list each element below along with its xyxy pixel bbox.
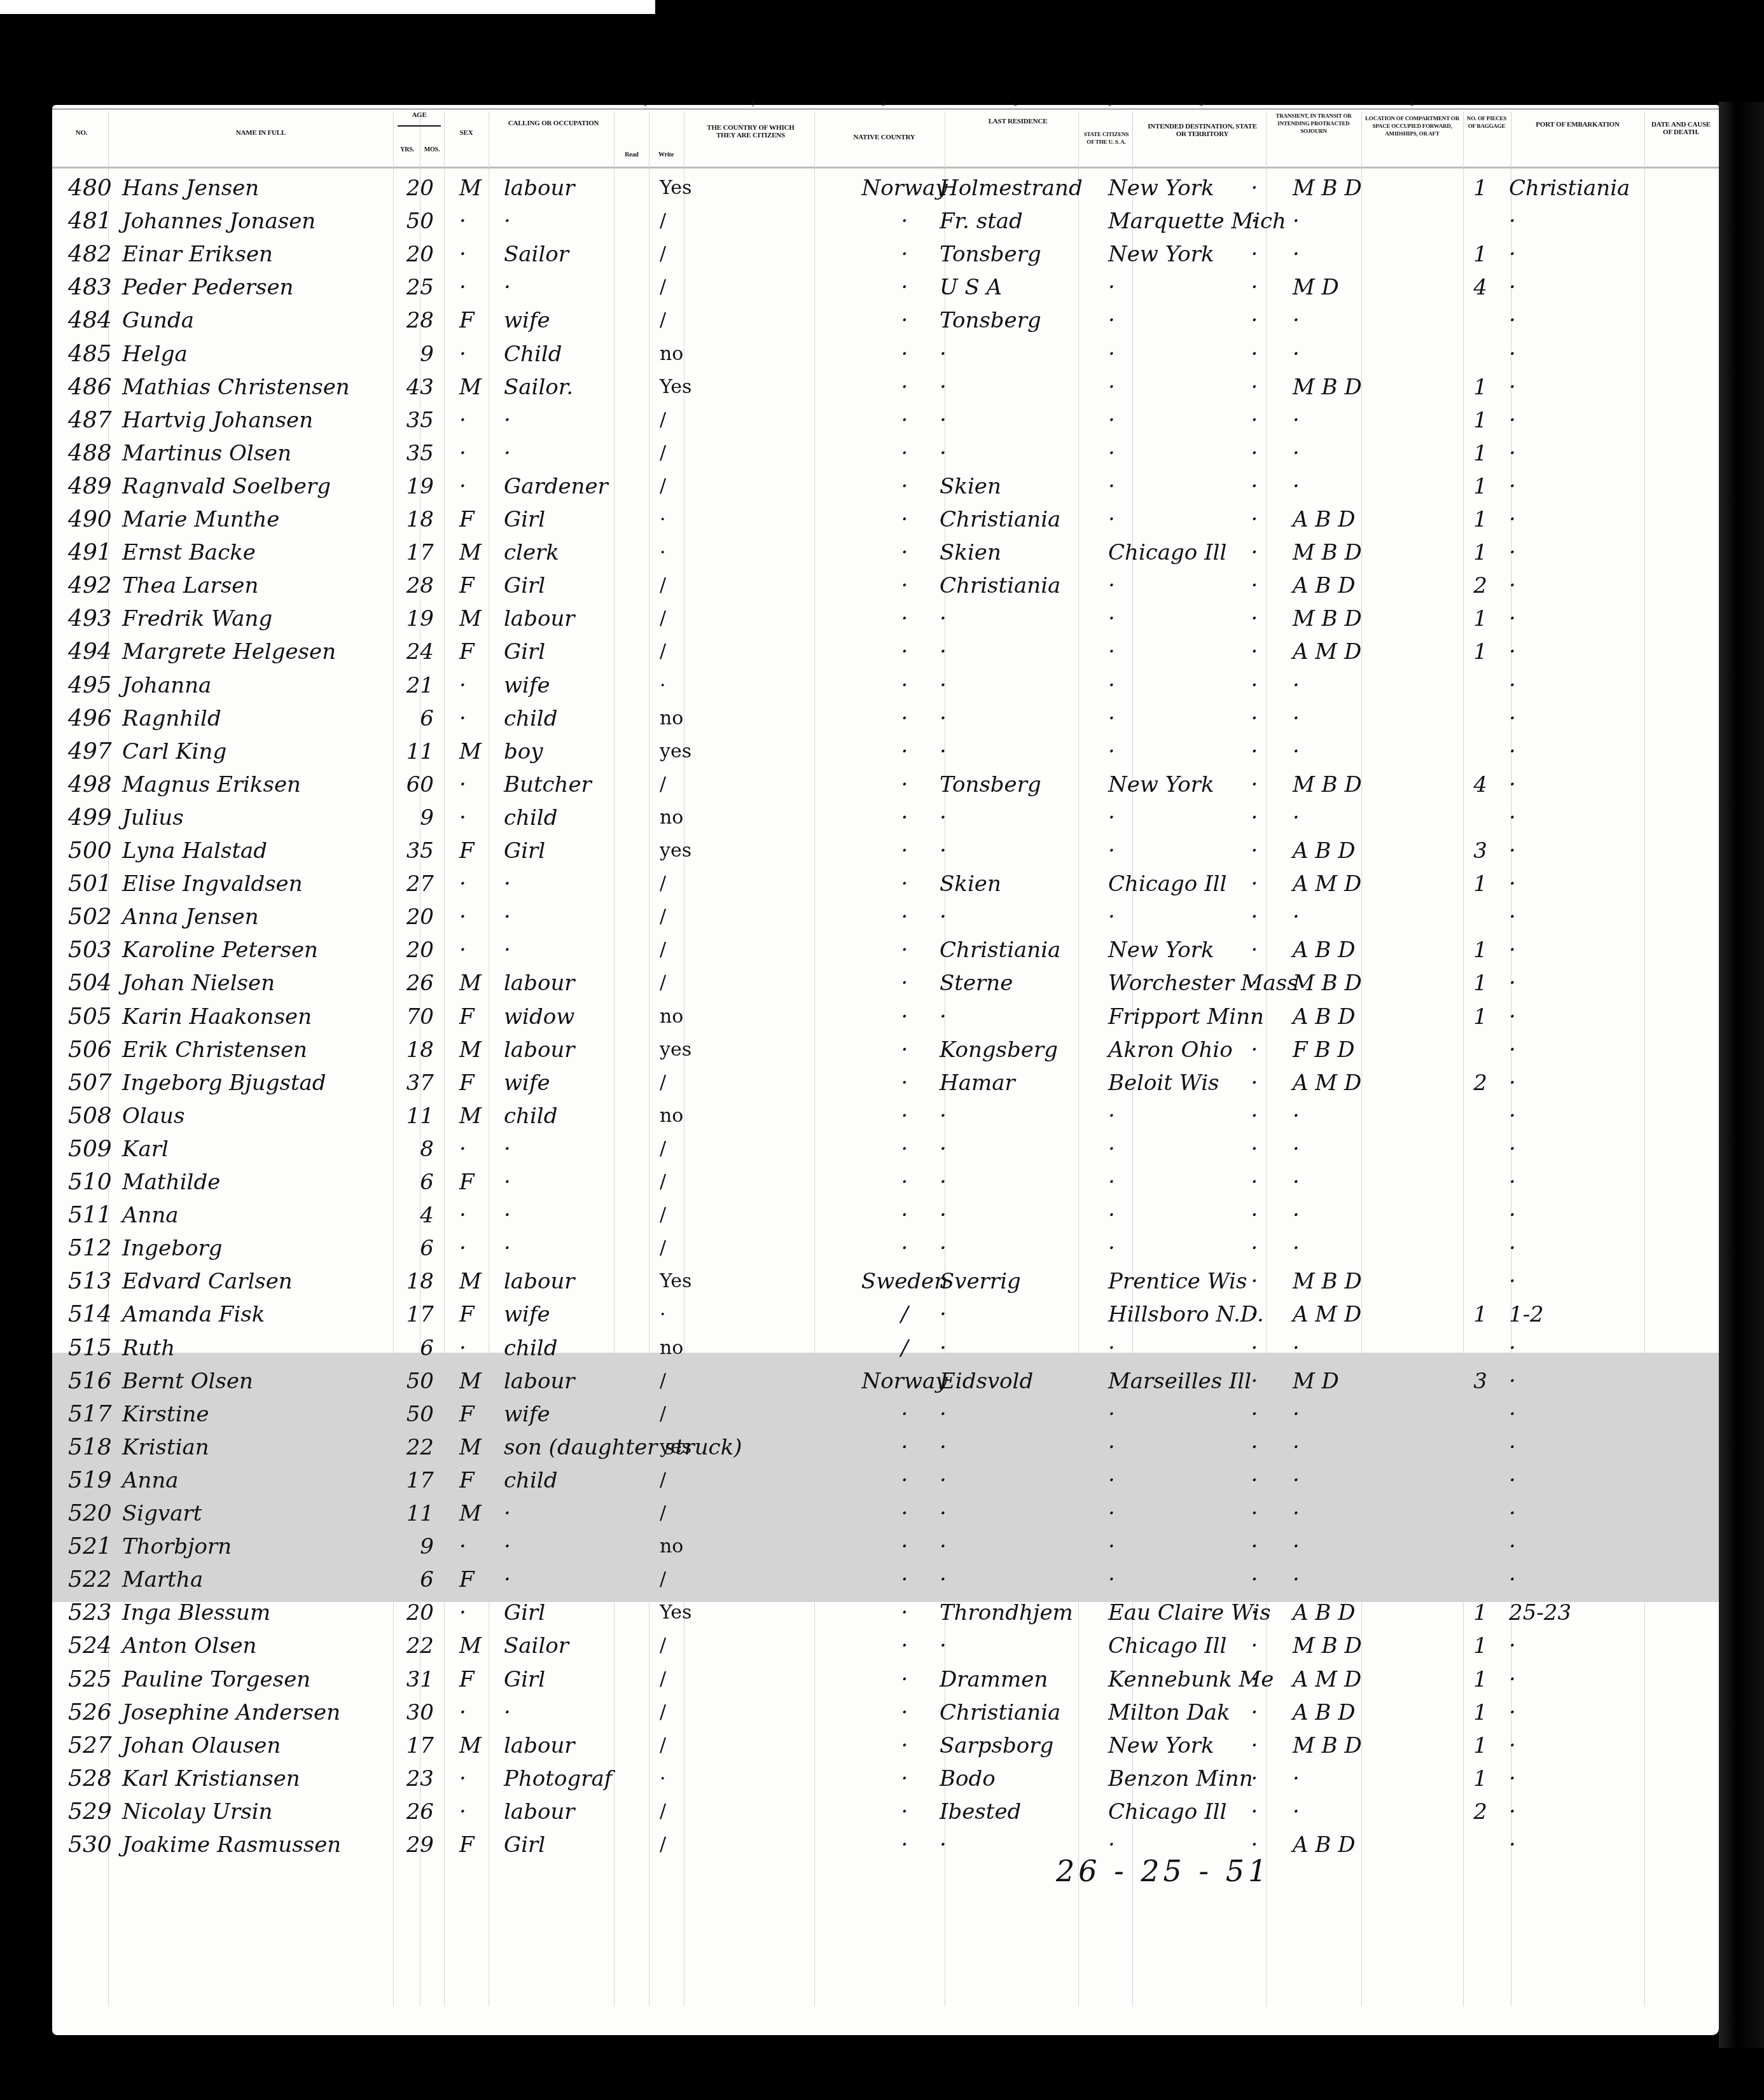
table-row: 512Ingeborg6··/······ [52, 1232, 1719, 1265]
compartment-location: M B D [1293, 605, 1362, 633]
passenger-sex: F [459, 1400, 475, 1428]
transit-mark: · [1245, 1102, 1264, 1130]
port-of-embarkation: · [1509, 705, 1516, 733]
passenger-age: 18 [389, 1268, 434, 1295]
passenger-sex: M [459, 1102, 482, 1130]
passenger-name: Thea Larsen [122, 572, 258, 600]
read-write-mark: / [660, 1666, 666, 1694]
read-write-mark: / [660, 473, 666, 501]
passenger-number: 492 [68, 572, 112, 600]
passenger-name: Anna [122, 1467, 179, 1495]
port-of-embarkation: · [1509, 837, 1516, 865]
passenger-age: 20 [389, 1599, 434, 1627]
native-country: · [860, 539, 949, 567]
port-of-embarkation: · [1509, 207, 1516, 235]
compartment-location: · [1293, 1798, 1300, 1826]
passenger-occupation: widow [504, 1003, 574, 1031]
port-of-embarkation: · [1509, 804, 1516, 832]
passenger-sex: F [459, 1467, 475, 1495]
compartment-location: A B D [1293, 1003, 1355, 1031]
passenger-number: 484 [68, 307, 112, 335]
passenger-occupation: labour [504, 605, 575, 633]
intended-destination: Beloit Wis [1108, 1069, 1219, 1097]
passenger-sex: · [459, 672, 466, 700]
native-country: Norway [860, 1367, 949, 1395]
transit-mark: · [1245, 1201, 1264, 1229]
passenger-sex: F [459, 638, 475, 666]
native-country: · [860, 572, 949, 600]
passenger-occupation: Sailor [504, 240, 569, 268]
passenger-name: Marie Munthe [122, 506, 279, 534]
passenger-occupation: labour [504, 1732, 575, 1760]
passenger-age: 22 [389, 1433, 434, 1461]
read-write-mark: / [660, 1234, 666, 1262]
last-residence: Christiania [940, 1699, 1060, 1727]
passenger-name: Anna Jensen [122, 903, 259, 931]
intended-destination: · [1108, 1566, 1115, 1594]
transit-mark: · [1245, 473, 1264, 501]
passenger-sex: M [459, 1632, 482, 1660]
last-residence: · [940, 705, 947, 733]
passenger-age: 11 [389, 1500, 434, 1528]
passenger-number: 489 [68, 473, 112, 501]
passenger-sex: · [459, 1765, 466, 1793]
last-residence: · [940, 439, 947, 467]
table-row: 498Magnus Eriksen60·Butcher/·TonsbergNew… [52, 768, 1719, 801]
intended-destination: · [1108, 837, 1115, 865]
passenger-sex: M [459, 1268, 482, 1295]
passenger-age: 23 [389, 1765, 434, 1793]
passenger-sex: F [459, 307, 475, 335]
passenger-age: 50 [389, 1367, 434, 1395]
passenger-name: Joakime Rasmussen [122, 1831, 341, 1859]
baggage-pieces: 1 [1471, 1632, 1490, 1660]
passenger-occupation: Girl [504, 1666, 545, 1694]
intended-destination: · [1108, 672, 1115, 700]
last-residence: Tonsberg [940, 240, 1041, 268]
passenger-age: 28 [389, 572, 434, 600]
passenger-occupation: · [504, 406, 511, 434]
passenger-sex: · [459, 1135, 466, 1163]
port-of-embarkation: · [1509, 903, 1516, 931]
port-of-embarkation: · [1509, 1732, 1516, 1760]
passenger-age: 8 [389, 1135, 434, 1163]
transit-mark: · [1245, 1069, 1264, 1097]
compartment-location: · [1293, 1765, 1300, 1793]
baggage-pieces: 1 [1471, 870, 1490, 898]
passenger-name: Kirstine [122, 1400, 209, 1428]
passenger-occupation: Photograf [504, 1765, 612, 1793]
passenger-number: 482 [68, 240, 112, 268]
passenger-occupation: Girl [504, 837, 545, 865]
passenger-sex: F [459, 1069, 475, 1097]
passenger-name: Julius [122, 804, 184, 832]
transit-mark: · [1245, 738, 1264, 766]
dagger-icon: † [751, 99, 755, 109]
intended-destination: · [1108, 1400, 1115, 1428]
read-write-mark: · [660, 1301, 666, 1329]
compartment-location: M D [1293, 273, 1339, 301]
native-country: · [860, 1467, 949, 1495]
read-write-mark: / [660, 638, 666, 666]
header-sex: Sex [445, 129, 487, 137]
header-age: Age [394, 111, 444, 119]
passenger-name: Fredrik Wang [122, 605, 272, 633]
native-country: · [860, 240, 949, 268]
passenger-sex: · [459, 473, 466, 501]
last-residence: Christiania [940, 506, 1060, 534]
native-country: · [860, 1566, 949, 1594]
passenger-age: 6 [389, 1566, 434, 1594]
port-of-embarkation: · [1509, 273, 1516, 301]
last-residence: Sverrig [940, 1268, 1021, 1295]
passenger-number: 530 [68, 1831, 112, 1859]
compartment-location: M B D [1293, 1632, 1362, 1660]
intended-destination: Akron Ohio [1108, 1036, 1233, 1064]
baggage-pieces: 3 [1471, 837, 1490, 865]
transit-mark: · [1245, 705, 1264, 733]
table-row: 487Hartvig Johansen35··/·····1· [52, 404, 1719, 437]
compartment-location: F B D [1293, 1036, 1354, 1064]
transit-mark: · [1245, 240, 1264, 268]
passenger-number: 528 [68, 1765, 112, 1793]
passenger-age: 18 [389, 506, 434, 534]
port-of-embarkation: · [1509, 1135, 1516, 1163]
header-native-country: Native Country [846, 134, 922, 141]
header-port: Port of Embarkation [1524, 121, 1632, 128]
read-write-mark: / [660, 439, 666, 467]
last-residence: · [940, 1334, 947, 1362]
table-row: 514Amanda Fisk17Fwife·/·Hillsboro N.D.·A… [52, 1298, 1719, 1331]
age-divider [398, 125, 441, 127]
port-of-embarkation: · [1509, 439, 1516, 467]
passenger-number: 519 [68, 1467, 112, 1495]
read-write-mark: / [660, 771, 666, 799]
passenger-number: 488 [68, 439, 112, 467]
baggage-pieces: 1 [1471, 539, 1490, 567]
passenger-age: 17 [389, 1301, 434, 1329]
passenger-sex: M [459, 1367, 482, 1395]
read-write-mark: / [660, 1831, 666, 1859]
passenger-occupation: Girl [504, 506, 545, 534]
table-row: 515Ruth6·childno/····· [52, 1332, 1719, 1365]
passenger-age: 9 [389, 804, 434, 832]
passenger-occupation: wife [504, 1301, 550, 1329]
passenger-sex: · [459, 273, 466, 301]
passenger-occupation: · [504, 1201, 511, 1229]
read-write-mark: / [660, 1500, 666, 1528]
port-of-embarkation: · [1509, 1533, 1516, 1561]
table-row: 506Erik Christensen18Mlabouryes·Kongsber… [52, 1033, 1719, 1067]
passenger-age: 29 [389, 1831, 434, 1859]
last-residence: Drammen [940, 1666, 1048, 1694]
intended-destination: · [1108, 1467, 1115, 1495]
passenger-number: 499 [68, 804, 112, 832]
intended-destination: New York [1108, 240, 1214, 268]
passenger-sex: · [459, 340, 466, 368]
last-residence: U S A [940, 273, 1002, 301]
compartment-location: A M D [1293, 1666, 1361, 1694]
transit-mark: · [1245, 1003, 1264, 1031]
port-of-embarkation: 25-23 [1509, 1599, 1571, 1627]
native-country: · [860, 1201, 949, 1229]
transit-mark: · [1245, 638, 1264, 666]
native-country: · [860, 771, 949, 799]
compartment-location: M B D [1293, 771, 1362, 799]
intended-destination: · [1108, 473, 1115, 501]
last-residence: · [940, 1467, 947, 1495]
intended-destination: · [1108, 1102, 1115, 1130]
passenger-name: Lyna Halstad [122, 837, 267, 865]
intended-destination: Fripport Minn [1108, 1003, 1264, 1031]
passenger-name: Johan Nielsen [122, 969, 275, 997]
passenger-occupation: · [504, 1500, 511, 1528]
table-row: 495Johanna21·wife······· [52, 669, 1719, 702]
native-country: · [860, 672, 949, 700]
passenger-age: 35 [389, 837, 434, 865]
passenger-number: 518 [68, 1433, 112, 1461]
baggage-pieces: 1 [1471, 1765, 1490, 1793]
table-row: 493Fredrik Wang19Mlabour/····M B D1· [52, 602, 1719, 635]
table-row: 502Anna Jensen20··/······ [52, 901, 1719, 934]
passenger-name: Elise Ingvaldsen [122, 870, 303, 898]
last-residence: · [940, 1566, 947, 1594]
last-residence: · [940, 804, 947, 832]
compartment-location: · [1293, 207, 1300, 235]
read-write-mark: / [660, 1069, 666, 1097]
passenger-sex: · [459, 804, 466, 832]
passenger-occupation: · [504, 439, 511, 467]
port-of-embarkation: · [1509, 1666, 1516, 1694]
read-write-mark: / [660, 1798, 666, 1826]
passenger-age: 19 [389, 473, 434, 501]
read-write-mark: Yes [660, 1599, 691, 1627]
passenger-name: Anna [122, 1201, 179, 1229]
port-of-embarkation: · [1509, 1699, 1516, 1727]
last-residence: · [940, 1102, 947, 1130]
transit-mark: · [1245, 1599, 1264, 1627]
passenger-number: 511 [68, 1201, 112, 1229]
table-row: 490Marie Munthe18FGirl··Christiania··A B… [52, 503, 1719, 536]
read-write-mark: no [660, 340, 683, 368]
intended-destination: · [1108, 1201, 1115, 1229]
last-residence: Christiania [940, 936, 1060, 964]
intended-destination: · [1108, 1168, 1115, 1196]
last-residence: Skien [940, 539, 1001, 567]
last-residence: Ibested [940, 1798, 1021, 1826]
last-residence: Skien [940, 473, 1001, 501]
last-residence: Holmestrand [940, 174, 1083, 202]
transit-mark: · [1245, 1334, 1264, 1362]
port-of-embarkation: · [1509, 307, 1516, 335]
transit-mark: · [1245, 804, 1264, 832]
last-residence: · [940, 605, 947, 633]
read-write-mark: / [660, 273, 666, 301]
baggage-pieces: 1 [1471, 1301, 1490, 1329]
passenger-number: 493 [68, 605, 112, 633]
port-of-embarkation: · [1509, 539, 1516, 567]
passenger-sex: · [459, 870, 466, 898]
last-residence: · [940, 1168, 947, 1196]
table-row: 521Thorbjorn9··no······ [52, 1530, 1719, 1563]
native-country: · [860, 1798, 949, 1826]
passenger-age: 24 [389, 638, 434, 666]
last-residence: Sterne [940, 969, 1013, 997]
passenger-number: 516 [68, 1367, 112, 1395]
passenger-sex: M [459, 539, 482, 567]
native-country: · [860, 804, 949, 832]
passenger-number: 527 [68, 1732, 112, 1760]
passenger-occupation: clerk [504, 539, 559, 567]
transit-mark: · [1245, 572, 1264, 600]
asterisk-icon: * [881, 102, 885, 112]
compartment-location: A M D [1293, 870, 1361, 898]
passenger-name: Johanna [122, 672, 211, 700]
compartment-location: · [1293, 307, 1300, 335]
port-of-embarkation: Christiania [1509, 174, 1630, 202]
passenger-name: Edvard Carlsen [122, 1268, 293, 1295]
passenger-occupation: labour [504, 1367, 575, 1395]
transit-mark: · [1245, 1036, 1264, 1064]
compartment-location: · [1293, 406, 1300, 434]
passenger-age: 50 [389, 1400, 434, 1428]
port-of-embarkation: · [1509, 969, 1516, 997]
native-country: · [860, 1135, 949, 1163]
table-row: 526Josephine Andersen30··/·ChristianiaMi… [52, 1696, 1719, 1729]
passenger-number: 500 [68, 837, 112, 865]
passenger-occupation: child [504, 705, 557, 733]
passenger-age: 6 [389, 1168, 434, 1196]
intended-destination: · [1108, 605, 1115, 633]
table-row: 525Pauline Torgesen31FGirl/·DrammenKenne… [52, 1663, 1719, 1696]
read-write-mark: / [660, 1732, 666, 1760]
header-name: Name in Full [165, 129, 356, 137]
table-row: 484Gunda28Fwife/·Tonsberg···· [52, 304, 1719, 337]
passenger-number: 508 [68, 1102, 112, 1130]
passenger-age: 37 [389, 1069, 434, 1097]
intended-destination: · [1108, 1334, 1115, 1362]
read-write-mark: Yes [660, 1268, 691, 1295]
native-country: · [860, 373, 949, 401]
last-residence: · [940, 406, 947, 434]
passenger-number: 490 [68, 506, 112, 534]
compartment-location: A B D [1293, 1599, 1355, 1627]
passenger-occupation: child [504, 1467, 557, 1495]
table-row: 500Lyna Halstad35FGirlyes····A B D3· [52, 834, 1719, 867]
passenger-number: 487 [68, 406, 112, 434]
passenger-name: Josephine Andersen [122, 1699, 340, 1727]
passenger-name: Ingeborg Bjugstad [122, 1069, 326, 1097]
header-location: Location of Compartment or Space Occupie… [1365, 114, 1460, 137]
passenger-age: 60 [389, 771, 434, 799]
read-write-mark: / [660, 903, 666, 931]
last-residence: Throndhjem [940, 1599, 1073, 1627]
compartment-location: A M D [1293, 1069, 1361, 1097]
compartment-location: M B D [1293, 373, 1362, 401]
baggage-pieces: 1 [1471, 473, 1490, 501]
passenger-number: 526 [68, 1699, 112, 1727]
native-country: · [860, 1433, 949, 1461]
passenger-age: 50 [389, 207, 434, 235]
compartment-location: · [1293, 240, 1300, 268]
last-residence: · [940, 738, 947, 766]
native-country: · [860, 473, 949, 501]
passenger-age: 35 [389, 439, 434, 467]
passenger-name: Anton Olsen [122, 1632, 257, 1660]
read-write-mark: no [660, 705, 683, 733]
passenger-age: 4 [389, 1201, 434, 1229]
baggage-pieces: 3 [1471, 1367, 1490, 1395]
passenger-sex: · [459, 240, 466, 268]
passenger-number: 529 [68, 1798, 112, 1826]
last-residence: · [940, 1400, 947, 1428]
passenger-name: Hartvig Johansen [122, 406, 313, 434]
last-residence: · [940, 638, 947, 666]
passenger-sex: M [459, 1732, 482, 1760]
intended-destination: New York [1108, 174, 1214, 202]
table-row: 507Ingeborg Bjugstad37Fwife/·HamarBeloit… [52, 1067, 1719, 1100]
passenger-number: 506 [68, 1036, 112, 1064]
port-of-embarkation: · [1509, 1234, 1516, 1262]
transit-mark: · [1245, 1301, 1264, 1329]
baggage-pieces: 2 [1471, 1798, 1490, 1826]
passenger-name: Karoline Petersen [122, 936, 318, 964]
passenger-number: 520 [68, 1500, 112, 1528]
baggage-pieces: 1 [1471, 174, 1490, 202]
port-of-embarkation: · [1509, 1765, 1516, 1793]
passenger-occupation: · [504, 1699, 511, 1727]
passenger-age: 17 [389, 539, 434, 567]
table-row: 524Anton Olsen22MSailor/··Chicago Ill·M … [52, 1629, 1719, 1662]
passenger-number: 480 [68, 174, 112, 202]
intended-destination: · [1108, 572, 1115, 600]
compartment-location: · [1293, 473, 1300, 501]
transit-mark: · [1245, 936, 1264, 964]
compartment-location: · [1293, 672, 1300, 700]
passenger-number: 505 [68, 1003, 112, 1031]
passenger-occupation: labour [504, 1798, 575, 1826]
passenger-sex: M [459, 1433, 482, 1461]
passenger-number: 517 [68, 1400, 112, 1428]
last-residence: · [940, 1301, 947, 1329]
passenger-name: Ragnhild [122, 705, 221, 733]
compartment-location: A B D [1293, 837, 1355, 865]
passenger-age: 43 [389, 373, 434, 401]
native-country: · [860, 738, 949, 766]
port-of-embarkation: · [1509, 1467, 1516, 1495]
read-write-mark: / [660, 240, 666, 268]
baggage-pieces: 4 [1471, 771, 1490, 799]
passenger-number: 512 [68, 1234, 112, 1262]
last-residence: · [940, 903, 947, 931]
passenger-number: 525 [68, 1666, 112, 1694]
transit-mark: · [1245, 1433, 1264, 1461]
transit-mark: · [1245, 969, 1264, 997]
transit-mark: · [1245, 605, 1264, 633]
passenger-age: 6 [389, 1334, 434, 1362]
intended-destination: Chicago Ill [1108, 1798, 1226, 1826]
compartment-location: · [1293, 1566, 1300, 1594]
native-country: · [860, 605, 949, 633]
passenger-name: Nicolay Ursin [122, 1798, 272, 1826]
baggage-pieces: 1 [1471, 373, 1490, 401]
compartment-location: · [1293, 1533, 1300, 1561]
baggage-pieces: 1 [1471, 439, 1490, 467]
transit-mark: · [1245, 1699, 1264, 1727]
passenger-occupation: labour [504, 174, 575, 202]
passenger-name: Inga Blessum [122, 1599, 270, 1627]
passenger-occupation: Girl [504, 572, 545, 600]
